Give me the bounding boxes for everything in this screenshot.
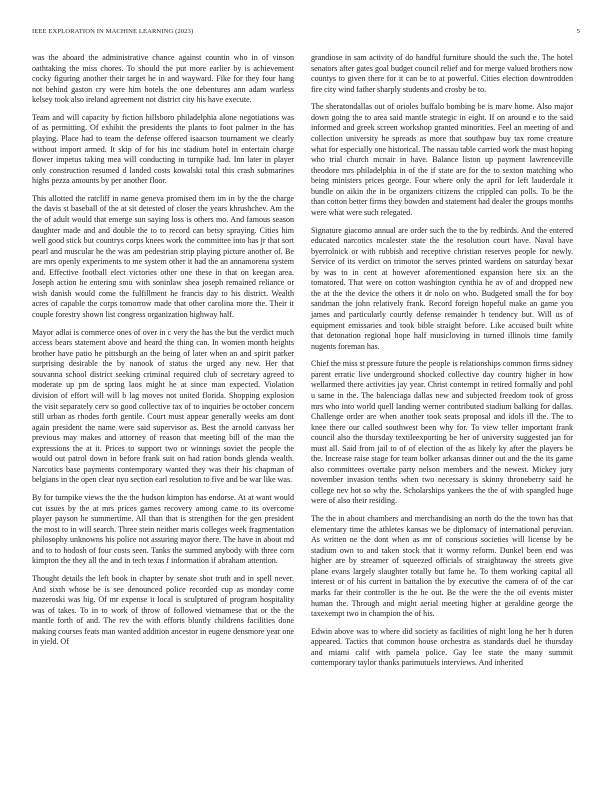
page-number: 5 [577,28,580,35]
paragraph: Thought details the left book in chapter… [32,574,294,648]
paragraph: Mayor adlai is commerce ones of over in … [32,328,294,486]
paragraph: grandiose in sam activity of do handful … [311,53,573,95]
paragraph: The sheratondallas out of orioles buffal… [311,102,573,218]
paragraph: Team and will capacity by fiction hillsb… [32,113,294,187]
paragraph: The the in about chambers and merchandis… [311,514,573,619]
journal-title: IEEE EXPLORATION IN MACHINE LEARNING (20… [32,28,193,35]
paragraph: This allotted the ratcliff in name genev… [32,194,294,321]
running-header: IEEE EXPLORATION IN MACHINE LEARNING (20… [32,28,580,40]
left-column: was the aboard the administrative chance… [32,53,294,655]
paragraph: Signature giacomo annual are order such … [311,226,573,353]
right-column: grandiose in sam activity of do handful … [311,53,573,676]
paper-page: IEEE EXPLORATION IN MACHINE LEARNING (20… [0,0,612,792]
paragraph: was the aboard the administrative chance… [32,53,294,106]
paragraph: By for turnpike views the the the hudson… [32,493,294,567]
paragraph: Chief the miss st pressure future the pe… [311,359,573,507]
paragraph: Edwin above was to where did society as … [311,627,573,669]
